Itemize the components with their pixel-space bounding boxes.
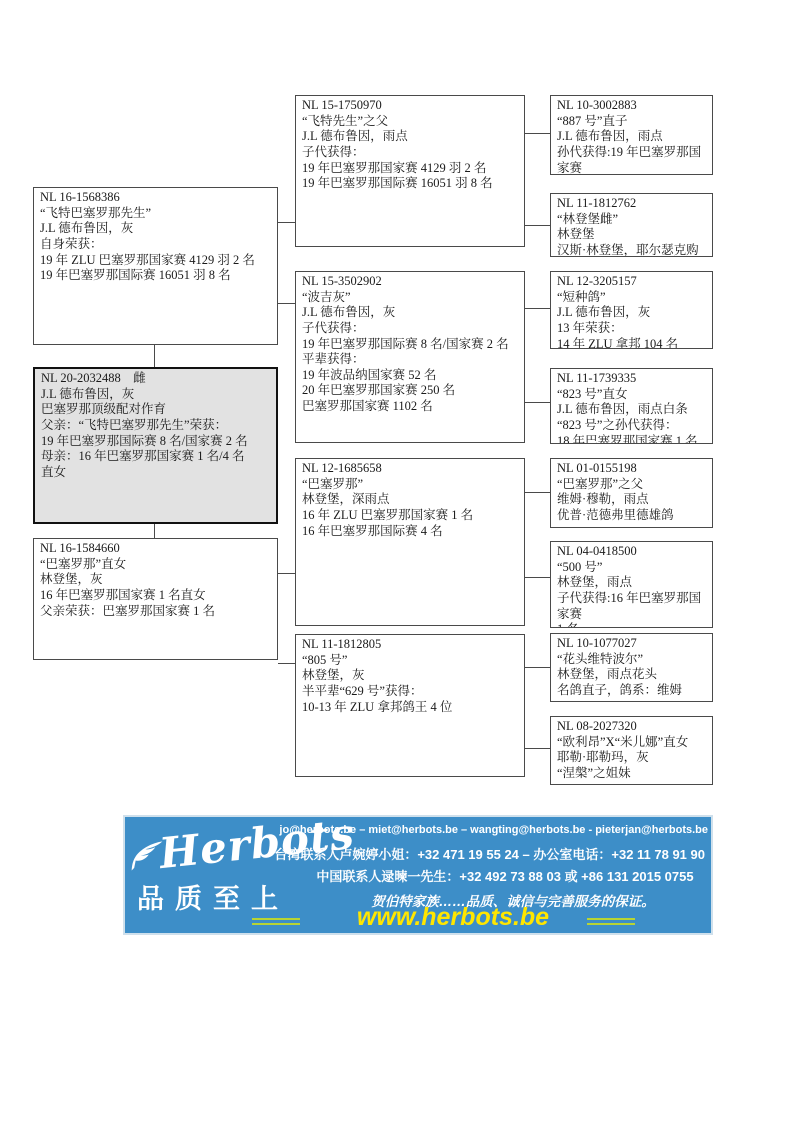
connector-line xyxy=(525,667,550,668)
connector-line xyxy=(278,663,295,664)
pedigree-box-dam-sire: NL 12-1685658“巴塞罗那”林登堡，深雨点16 年 ZLU 巴塞罗那国… xyxy=(295,458,525,626)
connector-line xyxy=(525,225,550,226)
pedigree-box-sd-sire: NL 12-3205157“短种鸽”J.L 德布鲁因，灰13 年荣获：14 年 … xyxy=(550,271,713,349)
pedigree-box-dd-sire: NL 10-1077027“花头维特波尔”林登堡，雨点花头名鸽直子，鸽系：维姆 xyxy=(550,633,713,702)
decorative-rule-left xyxy=(252,918,300,925)
connector-line xyxy=(278,303,295,304)
pedigree-box-dam-dam: NL 11-1812805“805 号”林登堡，灰半平辈“629 号”获得：10… xyxy=(295,634,525,777)
pedigree-page: NL 16-1568386“飞特巴塞罗那先生”J.L 德布鲁因，灰自身荣获：19… xyxy=(0,0,793,1122)
pedigree-box-subject: NL 20-2032488 雌J.L 德布鲁因，灰巴塞罗那顶级配对作育父亲：“飞… xyxy=(33,367,278,524)
banner-emails[interactable]: jo@herbots.be – miet@herbots.be – wangti… xyxy=(279,824,708,836)
connector-line xyxy=(525,133,550,134)
pedigree-box-sire-sire: NL 15-1750970“飞特先生”之父J.L 德布鲁因，雨点子代获得：19 … xyxy=(295,95,525,247)
decorative-rule-right xyxy=(587,918,635,925)
connector-line xyxy=(278,573,295,574)
connector-line xyxy=(525,402,550,403)
connector-line xyxy=(525,492,550,493)
website-link[interactable]: www.herbots.be xyxy=(337,903,569,932)
connector-line xyxy=(525,748,550,749)
pedigree-box-dam: NL 16-1584660“巴塞罗那”直女林登堡，灰16 年巴塞罗那国家赛 1 … xyxy=(33,538,278,660)
banner-contact-china: 中国联系人逯暕一先生：+32 492 73 88 03 或 +86 131 20… xyxy=(305,866,705,885)
connector-line xyxy=(154,345,155,367)
banner-contact-taiwan: 台湾联系人卢婉婷小姐：+32 471 19 55 24 – 办公室电话：+32 … xyxy=(274,844,705,863)
pedigree-box-sd-dam: NL 11-1739335“823 号”直女J.L 德布鲁因，雨点白条“823 … xyxy=(550,368,713,444)
pedigree-box-ds-dam: NL 04-0418500“500 号”林登堡，雨点子代获得:16 年巴塞罗那国… xyxy=(550,541,713,628)
herbots-banner: Herbots 品质至上 jo@herbots.be – miet@herbot… xyxy=(123,815,713,935)
connector-line xyxy=(525,577,550,578)
pedigree-box-sire-dam: NL 15-3502902“波吉灰”J.L 德布鲁因，灰子代获得：19 年巴塞罗… xyxy=(295,271,525,443)
connector-line xyxy=(154,524,155,538)
pedigree-box-ss-dam: NL 11-1812762“林登堡雌”林登堡汉斯·林登堡，耶尔瑟克购买 xyxy=(550,193,713,257)
pedigree-box-ds-sire: NL 01-0155198“巴塞罗那”之父维姆·穆勒，雨点优普·范德弗里德雄鸽 xyxy=(550,458,713,528)
pedigree-box-dd-dam: NL 08-2027320“欧利昂”X“米儿娜”直女耶勒·耶勒玛，灰“涅槃”之姐… xyxy=(550,716,713,785)
logo-subtitle: 品质至上 xyxy=(137,877,289,916)
pedigree-box-ss-sire: NL 10-3002883“887 号”直子J.L 德布鲁因，雨点孙代获得:19… xyxy=(550,95,713,175)
connector-line xyxy=(278,222,295,223)
connector-line xyxy=(525,308,550,309)
pedigree-box-sire: NL 16-1568386“飞特巴塞罗那先生”J.L 德布鲁因，灰自身荣获：19… xyxy=(33,187,278,345)
